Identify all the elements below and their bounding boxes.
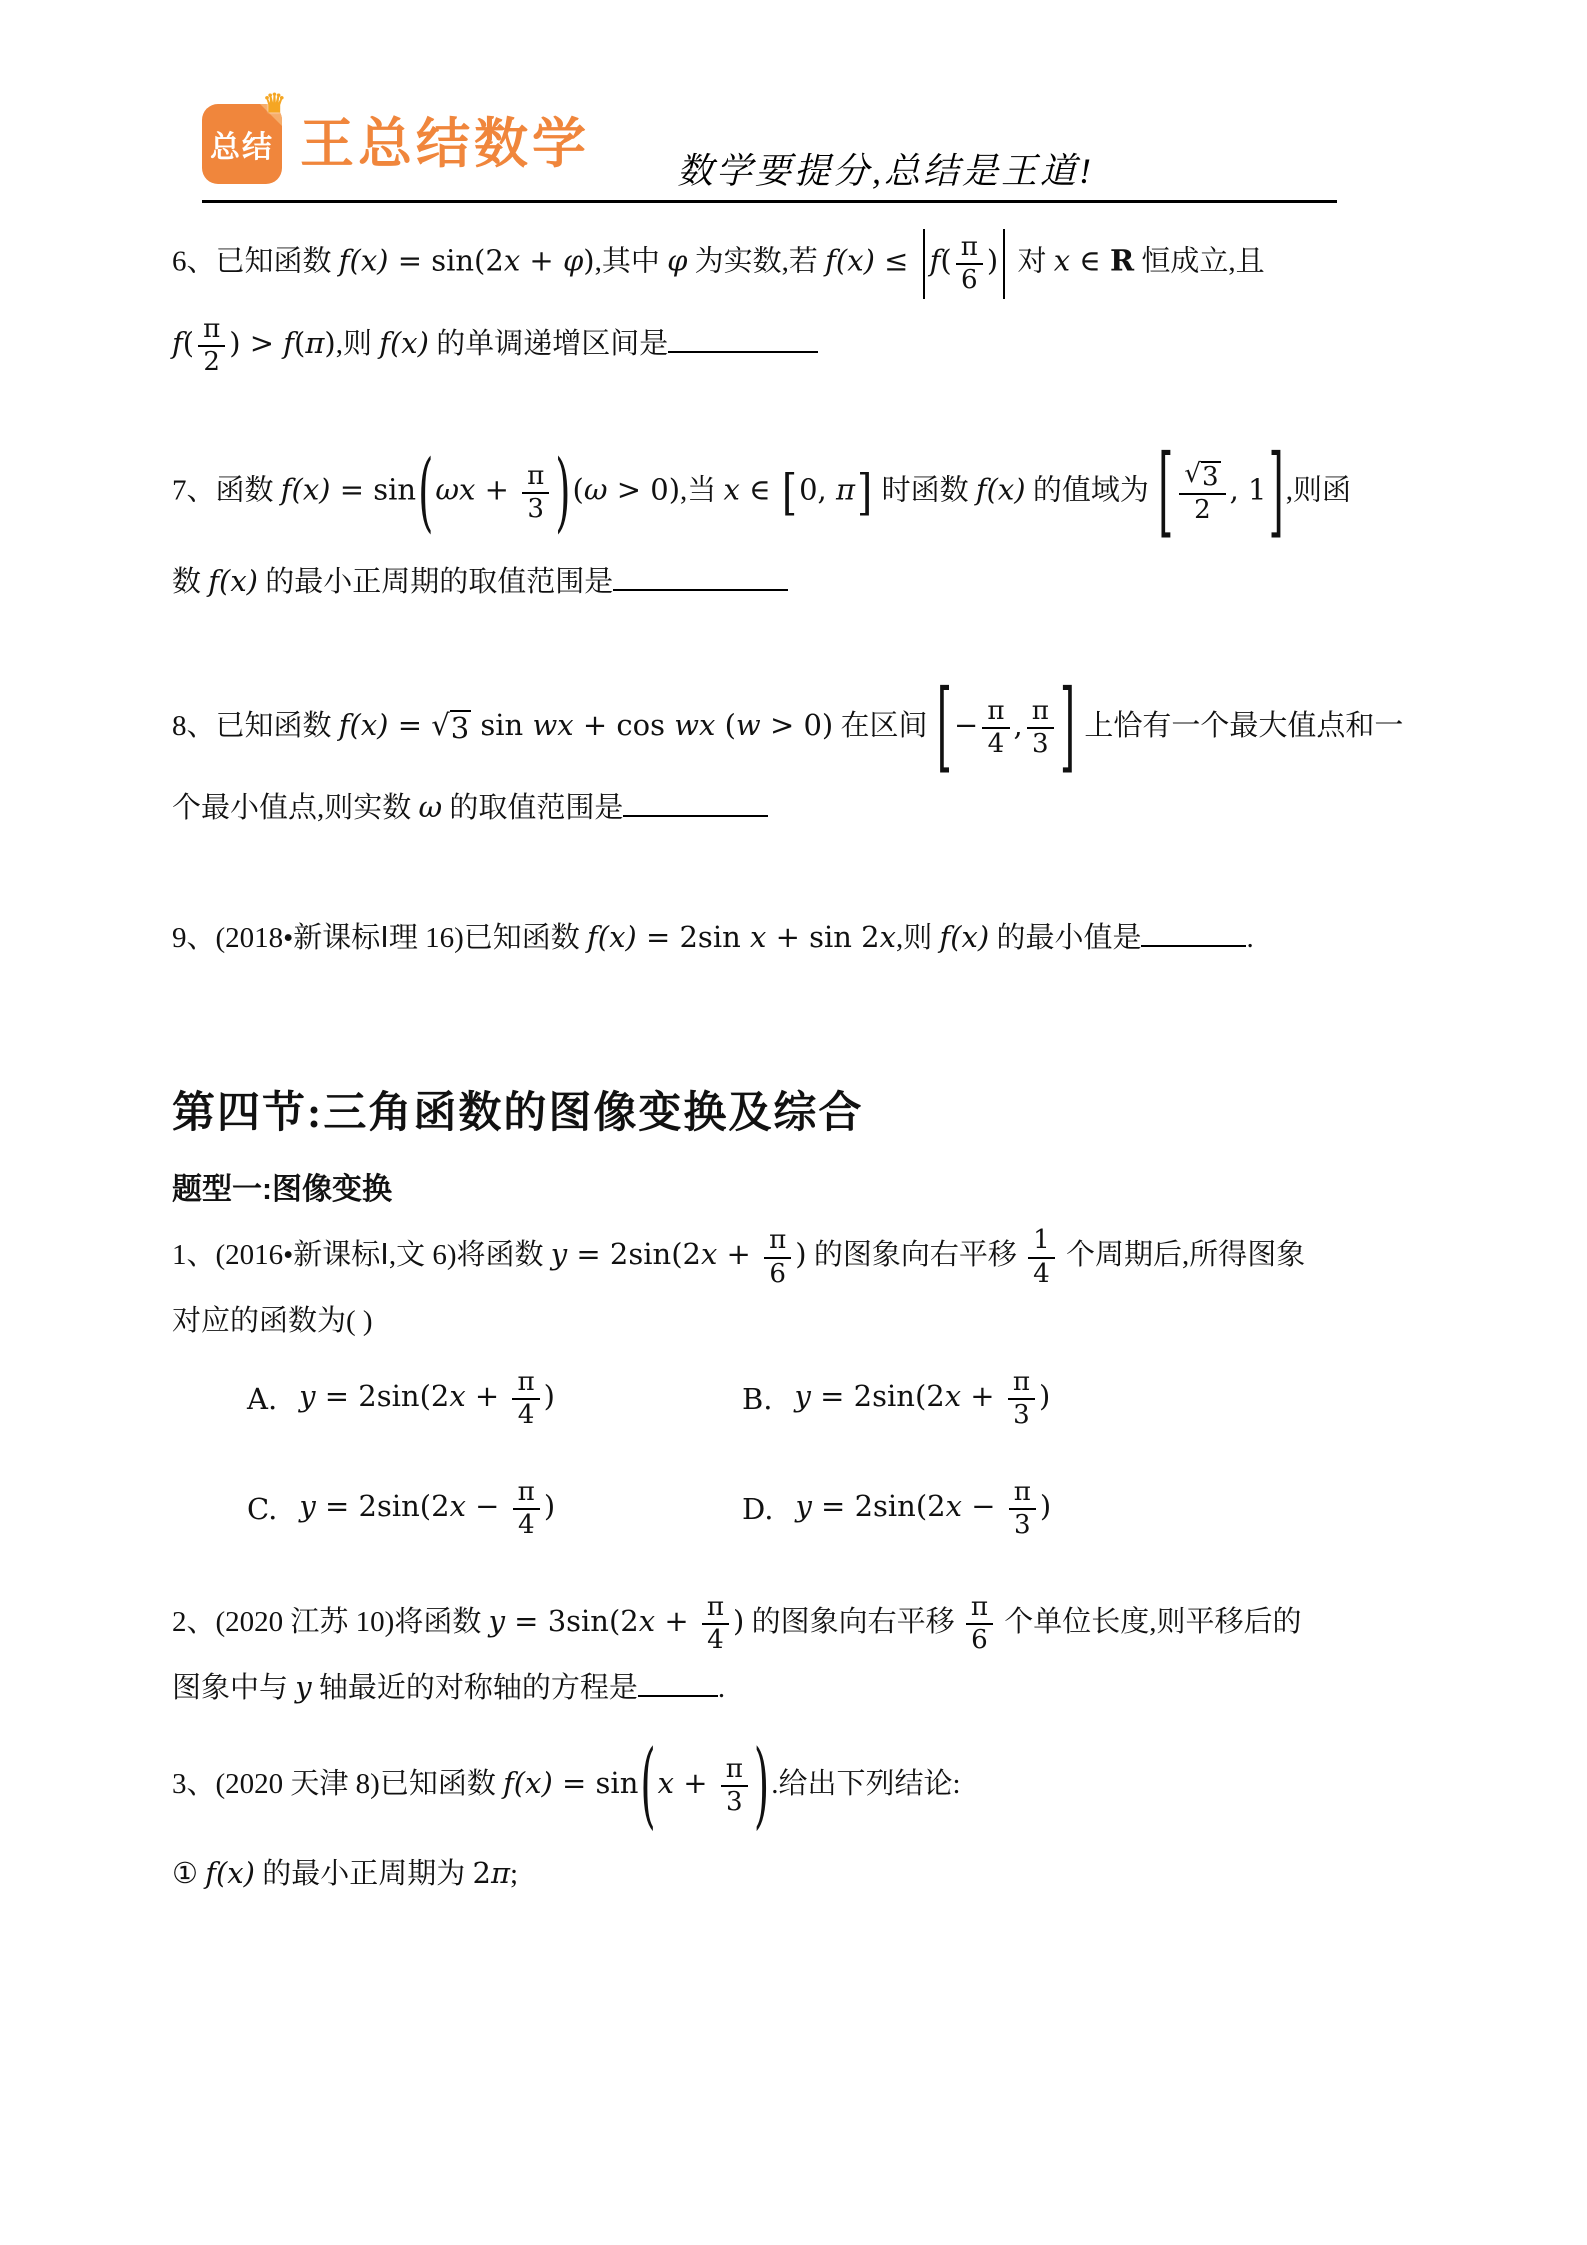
problem-7: 7、函数 f(x) = sin(ωx + π3)(ω > 0),当 x ∈ [0… <box>172 461 1417 605</box>
problem-1-line-2: 对应的函数为( ) <box>172 1299 1417 1344</box>
option-a-label: A. <box>247 1382 277 1416</box>
crown-icon: ♛ <box>263 88 288 119</box>
problem-9: 9、(2018•新课标Ⅰ理 16)已知函数 f(x) = 2sin x + si… <box>172 915 1417 961</box>
header: ♛ 总结 王总结数学 数学要提分,总结是王道! <box>172 104 1417 200</box>
brand-name: 王总结数学 <box>300 117 590 171</box>
problem-6: 6、已知函数 f(x) = sin(2x + φ),其中 φ 为实数,若 f(x… <box>172 229 1417 377</box>
section-subtitle: 题型一:图像变换 <box>172 1164 1417 1208</box>
problem-2: 2、(2020 江苏 10)将函数 y = 3sin(2x + π4) 的图象向… <box>172 1593 1417 1711</box>
logo-badge-text: 总结 <box>210 122 274 166</box>
problem-8: 8、已知函数 f(x) = √3 sin wx + cos wx (w > 0)… <box>172 697 1417 831</box>
problem-7-line-2: 数 f(x) 的最小正周期的取值范围是 <box>172 559 1417 605</box>
option-c-label: C. <box>247 1492 277 1526</box>
problem-2-line-2: 图象中与 y 轴最近的对称轴的方程是. <box>172 1665 1417 1711</box>
problem-3-line-1: 3、(2020 天津 8)已知函数 f(x) = sin(x + π3).给出下… <box>172 1755 1417 1817</box>
problem-7-line-1: 7、函数 f(x) = sin(ωx + π3)(ω > 0),当 x ∈ [0… <box>172 461 1417 525</box>
problem-8-line-2: 个最小值点,则实数 ω 的取值范围是 <box>172 785 1417 831</box>
problem-3-conclusion-1: ① f(x) 的最小正周期为 2π; <box>172 1851 1417 1897</box>
option-d-label: D. <box>742 1492 773 1526</box>
worksheet-page: ♛ 总结 王总结数学 数学要提分,总结是王道! 6、已知函数 f(x) = si… <box>0 0 1587 2245</box>
problem-6-line-1: 6、已知函数 f(x) = sin(2x + φ),其中 φ 为实数,若 f(x… <box>172 229 1417 299</box>
header-rule <box>202 200 1337 203</box>
option-d-formula: y = 2sin(2x − π3) <box>795 1478 1051 1540</box>
option-d: D. y = 2sin(2x − π3) <box>742 1478 1417 1540</box>
option-c-formula: y = 2sin(2x − π4) <box>299 1478 555 1540</box>
option-a: A. y = 2sin(2x + π4) <box>247 1368 742 1430</box>
option-b: B. y = 2sin(2x + π3) <box>742 1368 1417 1430</box>
option-b-label: B. <box>742 1382 773 1416</box>
problem-1: 1、(2016•新课标Ⅰ,文 6)将函数 y = 2sin(2x + π6) 的… <box>172 1226 1417 1540</box>
problem-6-line-2: f(π2) > f(π),则 f(x) 的单调递增区间是 <box>172 315 1417 377</box>
problem-9-line-1: 9、(2018•新课标Ⅰ理 16)已知函数 f(x) = 2sin x + si… <box>172 915 1417 961</box>
logo-badge: ♛ 总结 <box>202 104 282 184</box>
problem-2-line-1: 2、(2020 江苏 10)将函数 y = 3sin(2x + π4) 的图象向… <box>172 1593 1417 1655</box>
option-c: C. y = 2sin(2x − π4) <box>247 1478 742 1540</box>
option-b-formula: y = 2sin(2x + π3) <box>795 1368 1051 1430</box>
brand-tagline: 数学要提分,总结是王道! <box>677 143 1094 194</box>
problem-3: 3、(2020 天津 8)已知函数 f(x) = sin(x + π3).给出下… <box>172 1755 1417 1897</box>
problem-1-line-1: 1、(2016•新课标Ⅰ,文 6)将函数 y = 2sin(2x + π6) 的… <box>172 1226 1417 1288</box>
option-a-formula: y = 2sin(2x + π4) <box>299 1368 555 1430</box>
problem-1-options: A. y = 2sin(2x + π4) B. y = 2sin(2x + π3… <box>247 1368 1417 1541</box>
document-content: 6、已知函数 f(x) = sin(2x + φ),其中 φ 为实数,若 f(x… <box>172 229 1417 1897</box>
problem-8-line-1: 8、已知函数 f(x) = √3 sin wx + cos wx (w > 0)… <box>172 697 1417 759</box>
section-title: 第四节:三角函数的图像变换及综合 <box>172 1079 1417 1140</box>
